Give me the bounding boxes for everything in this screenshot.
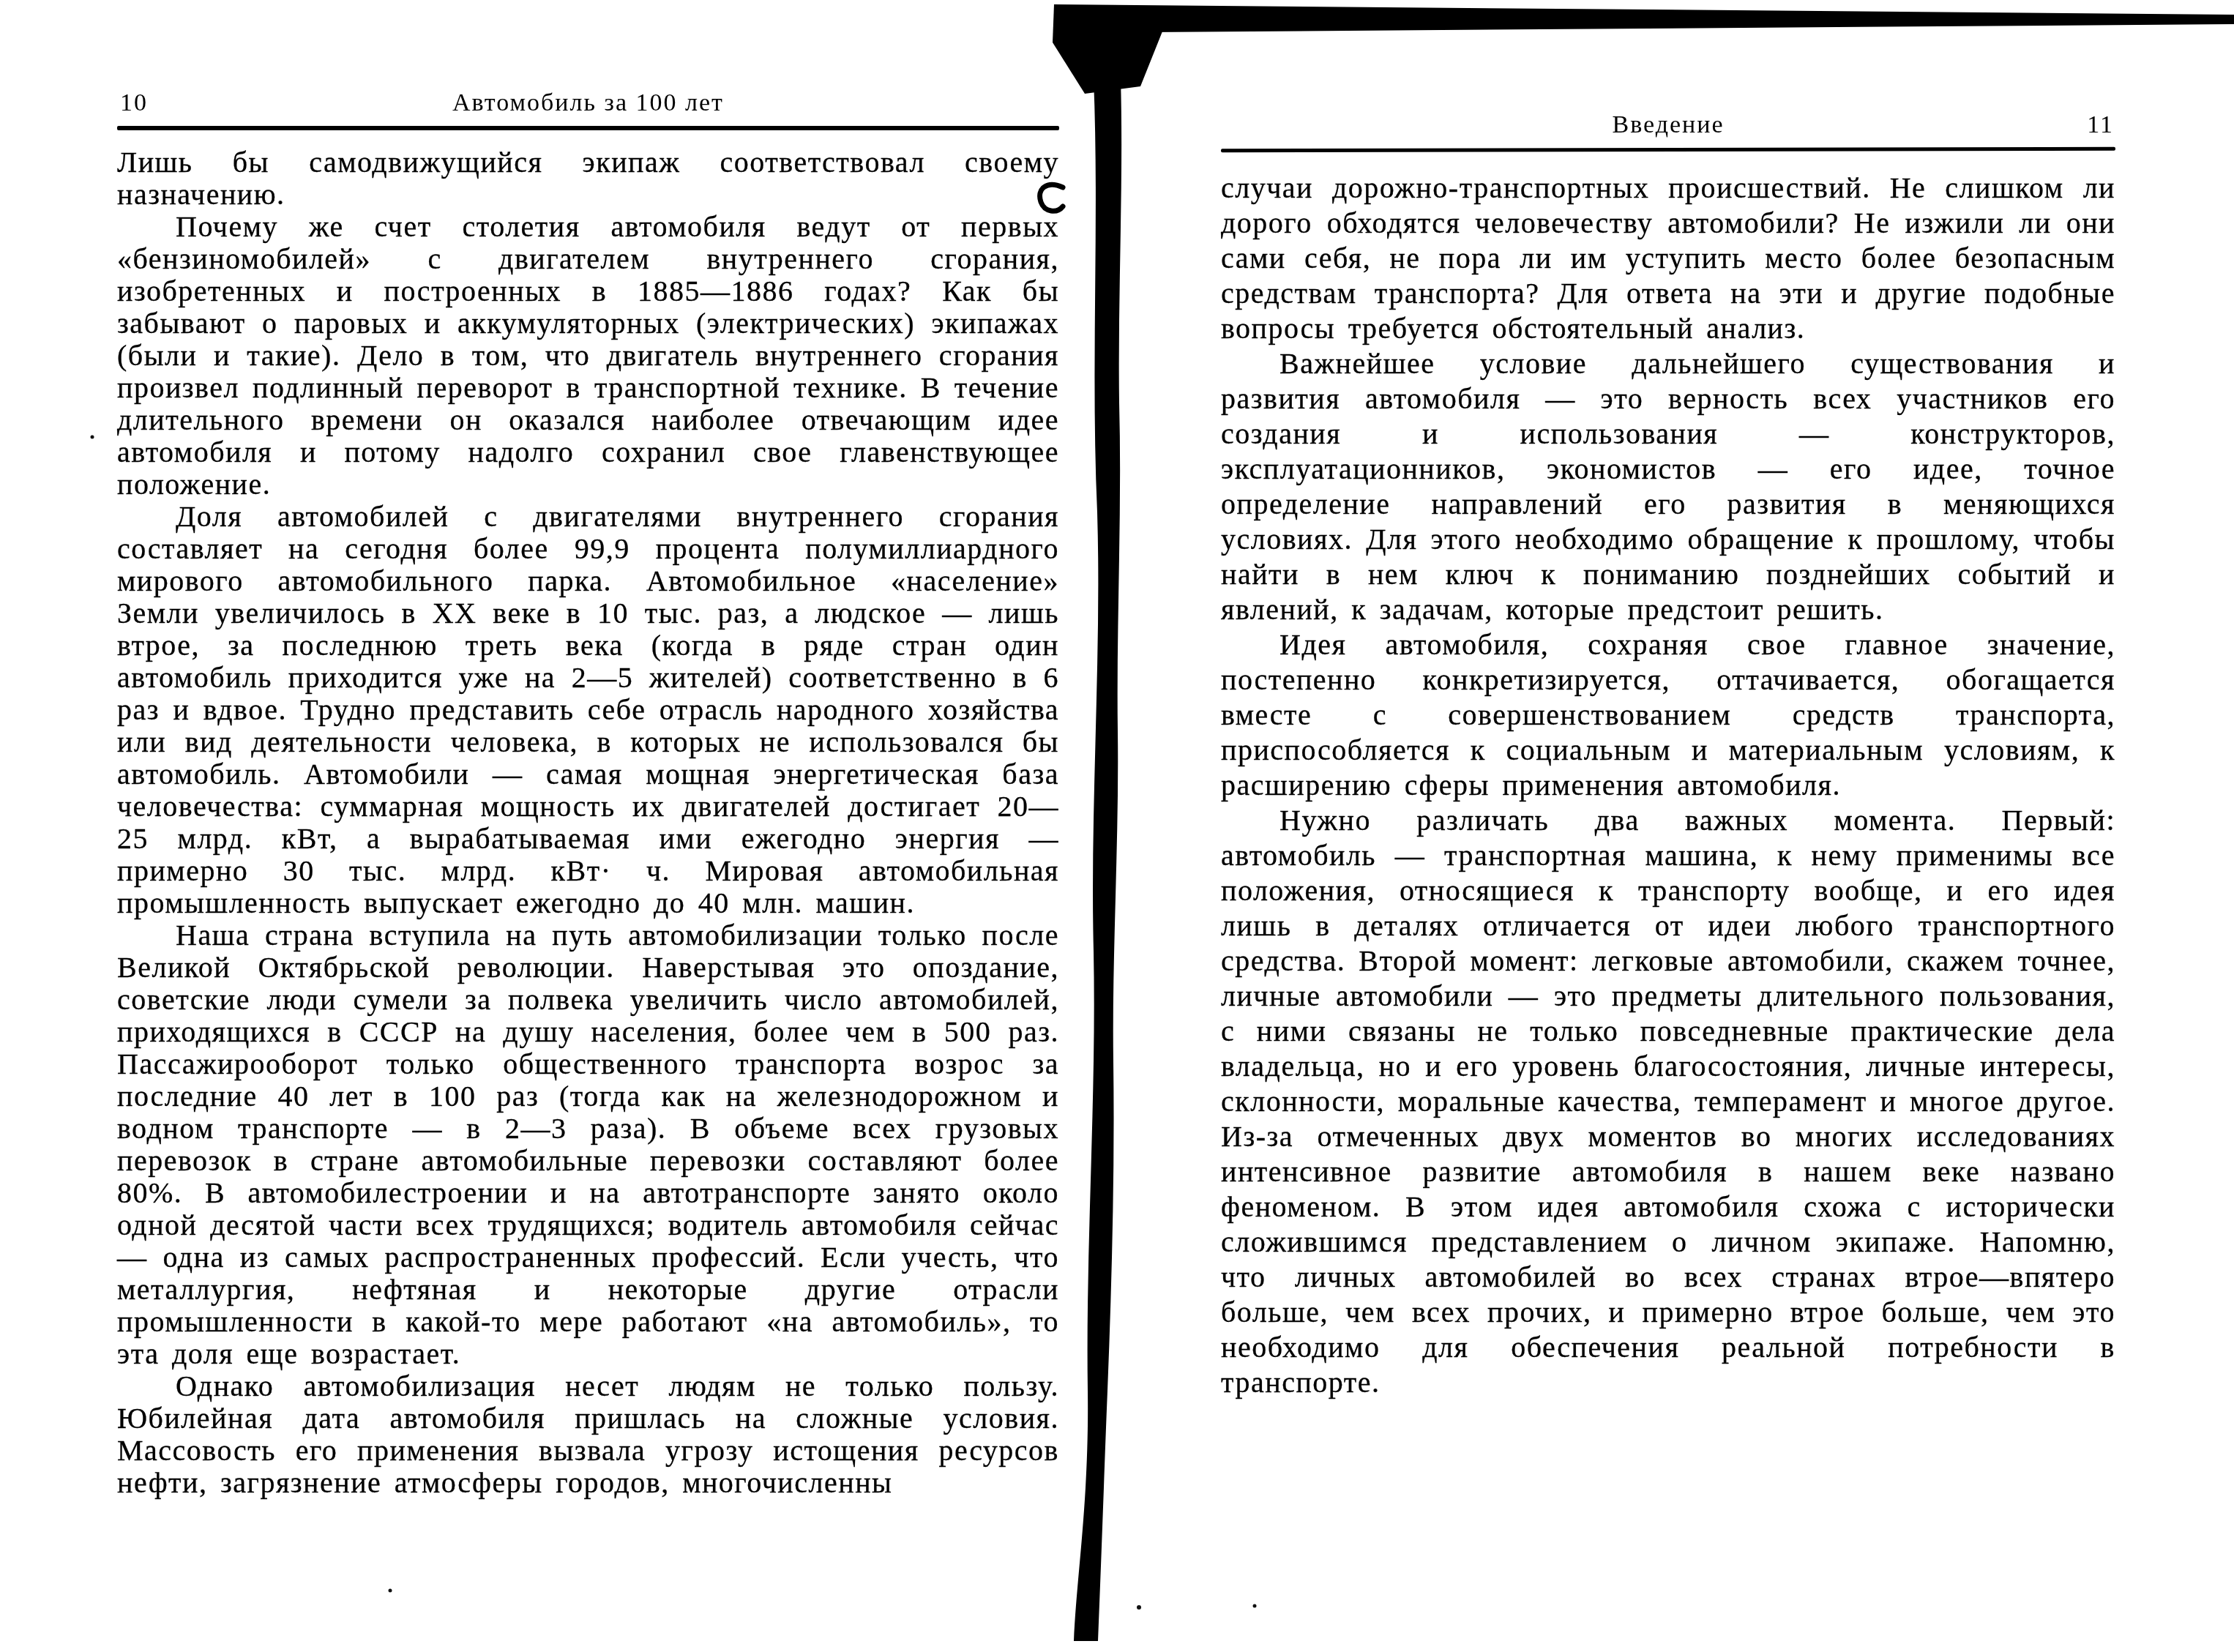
ink-speck	[1253, 1604, 1257, 1608]
left-page-number: 10	[120, 88, 148, 119]
left-page-body: Лишь бы самодвижущийся экипаж соответств…	[117, 146, 1059, 1499]
paragraph: Почему же счет столетия автомобиля ведут…	[117, 211, 1059, 501]
book-spread: 10 Автомобиль за 100 лет Лишь бы самодви…	[0, 0, 2234, 1652]
paragraph: Нужно различать два важных момента. Перв…	[1221, 803, 2115, 1400]
right-page-header: Введение 11	[1221, 110, 2115, 141]
left-page: 10 Автомобиль за 100 лет Лишь бы самодви…	[117, 88, 1059, 1499]
right-header-rule	[1221, 147, 2115, 153]
left-header-rule	[117, 126, 1059, 130]
paragraph: Доля автомобилей с двигателями внутренне…	[117, 501, 1059, 919]
right-page: Введение 11 случаи дорожно-транспортных …	[1221, 110, 2115, 1400]
paragraph: Однако автомобилизация несет людям не то…	[117, 1370, 1059, 1499]
binding-gutter-artifact	[1074, 79, 1121, 1641]
page-top-edge-artifact	[1054, 4, 2234, 32]
paragraph: Идея автомобиля, сохраняя свое главное з…	[1221, 627, 2115, 803]
right-running-title: Введение	[1221, 110, 2115, 141]
paragraph: Важнейшее условие дальнейшего существова…	[1221, 346, 2115, 627]
paragraph: Лишь бы самодвижущийся экипаж соответств…	[117, 146, 1059, 211]
ink-speck	[91, 436, 94, 439]
paragraph: случаи дорожно-транспортных происшествий…	[1221, 171, 2115, 346]
left-running-title: Автомобиль за 100 лет	[117, 88, 1059, 119]
left-page-header: 10 Автомобиль за 100 лет	[117, 88, 1059, 119]
ink-speck	[389, 1589, 392, 1593]
right-page-number: 11	[2087, 110, 2114, 141]
ink-speck	[1137, 1605, 1141, 1610]
paragraph: Наша страна вступила на путь автомобилиз…	[117, 919, 1059, 1370]
right-page-body: случаи дорожно-транспортных происшествий…	[1221, 171, 2115, 1400]
binding-top-blob-artifact	[1053, 4, 1164, 94]
